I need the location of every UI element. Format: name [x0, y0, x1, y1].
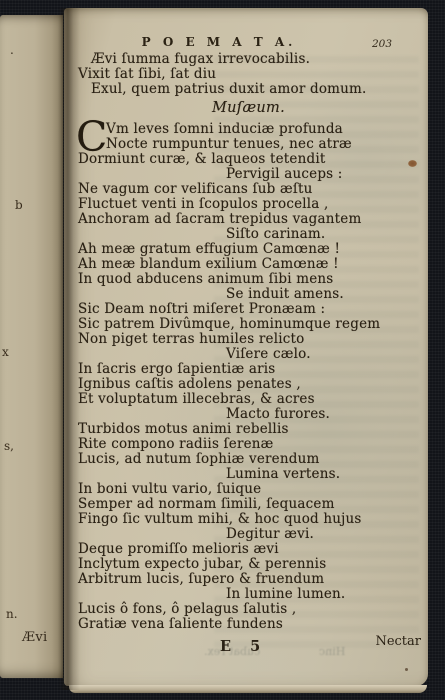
poem-line: Fluctuet venti in ſcopulos procella ,: [76, 197, 416, 212]
paper-speck: [405, 668, 408, 671]
signature-mark: E 5: [220, 638, 267, 655]
book-page: cubat rex. Hinc P O E M A T A. 203 Ævi ſ…: [64, 8, 428, 686]
poem-line: In lumine lumen.: [76, 587, 416, 602]
drop-cap-letter: C: [76, 122, 108, 153]
poem-line: Degitur ævi.: [76, 527, 416, 542]
facing-page-text-fragment: b: [15, 198, 23, 212]
facing-page-text-fragment: .: [10, 43, 14, 57]
poem-line: Et voluptatum illecebras, & acres: [76, 392, 416, 407]
poem-line: Ævi ſumma fugax irrevocabilis.: [76, 52, 416, 67]
poem-line: Exul, quem patrius duxit amor domum.: [76, 82, 416, 97]
facing-page-catchword: Ævi: [22, 630, 47, 645]
poem-line: Siſto carinam.: [76, 227, 416, 242]
poem-line: Vixit ſat ſibi, ſat diu: [76, 67, 416, 82]
poem-line: Semper ad normam ſimili, ſequacem: [76, 497, 416, 512]
poem-line: Se induit amens.: [76, 287, 416, 302]
page-number: 203: [372, 38, 392, 50]
poem-line: Lucis ô fons, ô pelagus ſalutis ,: [76, 602, 416, 617]
poem-line: Sic Deam noſtri miſeret Pronæam :: [76, 302, 416, 317]
facing-page-text-fragment: s,: [4, 439, 14, 453]
poem-line: Inclytum expecto jubar, & perennis: [76, 557, 416, 572]
facing-page-text-fragment: x: [2, 345, 9, 359]
poem-line: Nocte rumpuntur tenues, nec atræ: [76, 137, 416, 152]
drop-cap-block: C Vm leves ſomni induciæ profunda Nocte …: [76, 122, 416, 152]
poem-line: In quod abducens animum ſibi mens: [76, 272, 416, 287]
poem-text-block: Ævi ſumma fugax irrevocabilis. Vixit ſat…: [76, 52, 416, 632]
poem-line: Rite compono radiis ſerenæ: [76, 437, 416, 452]
poem-line: In ſacris ergo ſapientiæ aris: [76, 362, 416, 377]
poem-line: Lucis, ad nutum ſophiæ verendum: [76, 452, 416, 467]
poem-line: Macto furores.: [76, 407, 416, 422]
poem-line: Deque promiſſo melioris ævi: [76, 542, 416, 557]
facing-page-text-fragment: n.: [6, 607, 18, 621]
show-through-text: Hinc: [319, 645, 345, 658]
page-header: P O E M A T A. 203: [64, 35, 428, 51]
poem-line: Sic patrem Divûmque, hominumque regem: [76, 317, 416, 332]
poem-line: Fingo ſic vultum mihi, & hoc quod hujus: [76, 512, 416, 527]
poem-line: Anchoram ad ſacram trepidus vagantem: [76, 212, 416, 227]
poem-line: Lumina vertens.: [76, 467, 416, 482]
poem-line: Ah meæ blandum exilium Camœnæ !: [76, 257, 416, 272]
catchword: Nectar: [375, 634, 421, 649]
poem-line: Turbidos motus animi rebellis: [76, 422, 416, 437]
poem-title: Muſæum.: [212, 101, 416, 116]
poem-line: Ignibus caſtis adolens penates ,: [76, 377, 416, 392]
running-head: P O E M A T A.: [64, 35, 374, 49]
poem-line: Vm leves ſomni induciæ profunda: [76, 122, 416, 137]
poem-line: Pervigil auceps :: [76, 167, 416, 182]
book-photograph: . b x s, n. Ævi cubat rex. Hinc P O E M …: [0, 0, 445, 700]
poem-line: Ah meæ gratum effugium Camœnæ !: [76, 242, 416, 257]
poem-line: Non piget terras humiles relicto: [76, 332, 416, 347]
facing-page-edge: . b x s, n. Ævi: [0, 15, 63, 678]
poem-line: Ne vagum cor velificans ſub æſtu: [76, 182, 416, 197]
poem-line: In boni vultu vario, ſuique: [76, 482, 416, 497]
poem-line: Viſere cælo.: [76, 347, 416, 362]
poem-line: Gratiæ vena ſaliente fundens: [76, 617, 416, 632]
poem-line: Dormiunt curæ, & laqueos tetendit: [76, 152, 416, 167]
poem-line: Arbitrum lucis, ſupero & fruendum: [76, 572, 416, 587]
